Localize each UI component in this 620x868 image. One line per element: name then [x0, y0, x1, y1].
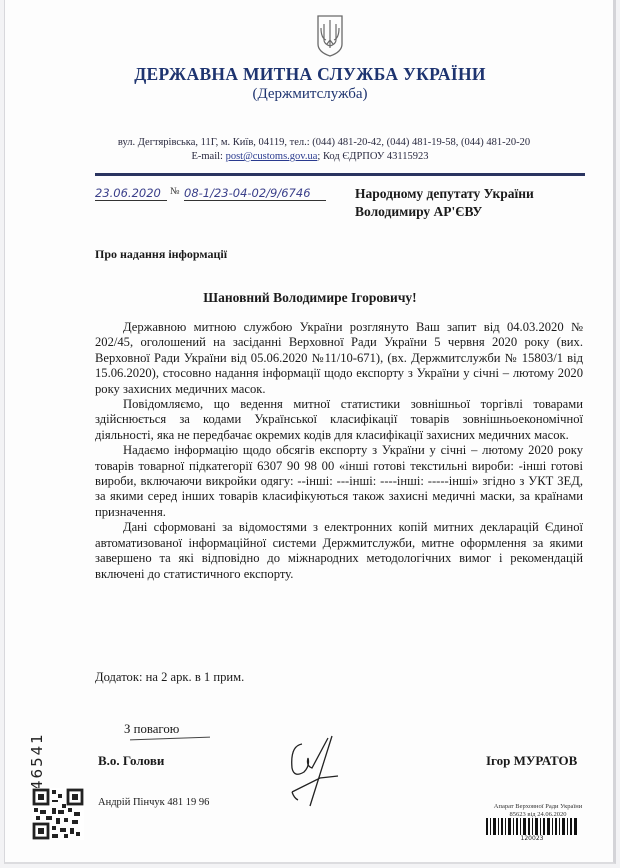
barcode-number: 120023 — [486, 835, 578, 842]
body-paragraph: Дані сформовані за відомостями з електро… — [95, 520, 583, 582]
body-paragraph: Повідомляємо, що ведення митної статисти… — [95, 397, 583, 443]
registration-date: 23.06.2020 — [95, 186, 167, 201]
registration-number: 08-1/23-04-02/9/6746 — [184, 186, 326, 201]
email-link[interactable]: post@customs.gov.ua — [226, 151, 318, 162]
side-registration-number: 46541 — [28, 732, 46, 790]
body-paragraph: Державною митною службою України розглян… — [95, 320, 583, 397]
signer-name: Ігор МУРАТОВ — [486, 753, 577, 769]
subject-line: Про надання інформації — [95, 247, 227, 262]
addressee-name: Володимиру АР'ЄВУ — [355, 203, 534, 221]
addressee: Народному депутату України Володимиру АР… — [355, 185, 534, 221]
signer-position: В.о. Голови — [98, 753, 164, 769]
stamp-registration: 85623 від 24.06.2020 — [478, 811, 598, 819]
registration-stamp: Апарат Верховної Ради України 85623 від … — [478, 803, 598, 818]
organization-address: вул. Дегтярівська, 11Г, м. Київ, 04119, … — [0, 137, 620, 148]
stamp-organization: Апарат Верховної Ради України — [478, 803, 598, 811]
organization-name: ДЕРЖАВНА МИТНА СЛУЖБА УКРАЇНИ — [0, 64, 620, 85]
qr-code — [32, 788, 84, 840]
barcode — [486, 818, 578, 835]
body-paragraph: Надаємо інформацію щодо обсягів експорту… — [95, 443, 583, 520]
letter-body: Державною митною службою України розглян… — [95, 320, 583, 582]
salutation: Шановний Володимире Ігоровичу! — [0, 290, 620, 306]
handwritten-signature — [280, 732, 360, 812]
letterhead-divider — [95, 173, 585, 176]
trident-coat-of-arms-icon — [316, 14, 344, 58]
closing-regards: З повагою — [124, 722, 179, 737]
executor-contact: Андрій Пінчук 481 19 96 — [98, 797, 209, 808]
contact-line: E-mail: post@customs.gov.ua; Код ЄДРПОУ … — [0, 151, 620, 162]
registration-number-label: № — [170, 186, 180, 197]
attachment-note: Додаток: на 2 арк. в 1 прим. — [95, 670, 244, 685]
edrpou-code: ; Код ЄДРПОУ 43115923 — [317, 151, 428, 162]
addressee-title: Народному депутату України — [355, 185, 534, 203]
email-label: E-mail: — [191, 151, 225, 162]
organization-short-name: (Держмитслужба) — [0, 86, 620, 103]
